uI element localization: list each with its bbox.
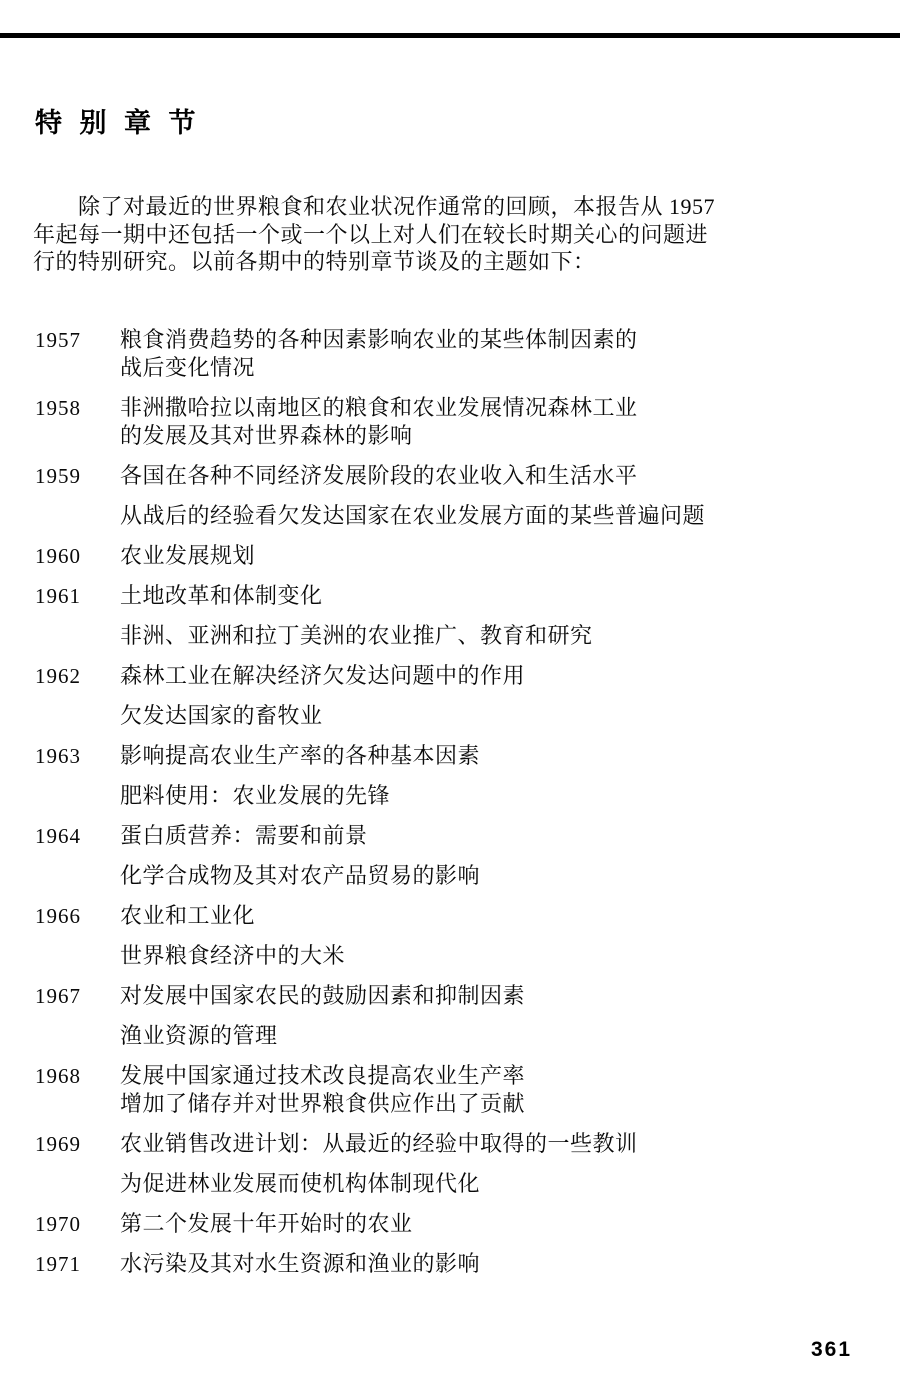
entry-title: 土地改革和体制变化 [120,582,835,610]
page-title: 特 别 章 节 [35,108,201,138]
entry-year: 1969 [35,1130,120,1158]
entry-title-line: 为促进林业发展而使机构体制现代化 [120,1170,835,1198]
entry-title: 第二个发展十年开始时的农业 [120,1210,835,1238]
list-item: 1966 农业和工业化 [35,902,835,930]
entry-title-line: 粮食消费趋势的各种因素影响农业的某些体制因素的 [120,326,835,354]
intro-line: 年起每一期中还包括一个或一个以上对人们在较长时期关心的问题进 [33,221,753,249]
entry-year: 1967 [35,982,120,1010]
entry-title-line: 蛋白质营养：需要和前景 [120,822,835,850]
list-item: 1961 土地改革和体制变化 [35,582,835,610]
entry-title-line: 土地改革和体制变化 [120,582,835,610]
entry-title: 欠发达国家的畜牧业 [120,702,835,730]
entry-title: 农业销售改进计划：从最近的经验中取得的一些教训 [120,1130,835,1158]
entry-title: 农业和工业化 [120,902,835,930]
entry-title-line: 非洲撒哈拉以南地区的粮食和农业发展情况森林工业 [120,394,835,422]
entry-title: 从战后的经验看欠发达国家在农业发展方面的某些普遍问题 [120,502,835,530]
entry-year: 1962 [35,662,120,690]
entry-title-line: 的发展及其对世界森林的影响 [120,422,835,450]
list-item: 欠发达国家的畜牧业 [35,702,835,730]
special-chapter-list: 1957 粮食消费趋势的各种因素影响农业的某些体制因素的战后变化情况 1958 … [35,326,835,1290]
entry-year: 1958 [35,394,120,422]
intro-line: 除了对最近的世界粮食和农业状况作通常的回顾，本报告从 1957 [33,193,753,221]
entry-title-line: 影响提高农业生产率的各种基本因素 [120,742,835,770]
document-page: 特 别 章 节 除了对最近的世界粮食和农业状况作通常的回顾，本报告从 1957年… [0,0,900,1400]
entry-year: 1964 [35,822,120,850]
entry-title-line: 世界粮食经济中的大米 [120,942,835,970]
entry-title-line: 从战后的经验看欠发达国家在农业发展方面的某些普遍问题 [120,502,835,530]
entry-title-line: 农业销售改进计划：从最近的经验中取得的一些教训 [120,1130,835,1158]
list-item: 1962 森林工业在解决经济欠发达问题中的作用 [35,662,835,690]
entry-year: 1966 [35,902,120,930]
entry-title-line: 化学合成物及其对农产品贸易的影响 [120,862,835,890]
entry-year: 1971 [35,1250,120,1278]
entry-title: 粮食消费趋势的各种因素影响农业的某些体制因素的战后变化情况 [120,326,835,382]
entry-title-line: 各国在各种不同经济发展阶段的农业收入和生活水平 [120,462,835,490]
list-item: 1969 农业销售改进计划：从最近的经验中取得的一些教训 [35,1130,835,1158]
list-item: 1964 蛋白质营养：需要和前景 [35,822,835,850]
list-item: 1963 影响提高农业生产率的各种基本因素 [35,742,835,770]
entry-title-line: 水污染及其对水生资源和渔业的影响 [120,1250,835,1278]
entry-year: 1959 [35,462,120,490]
entry-title: 各国在各种不同经济发展阶段的农业收入和生活水平 [120,462,835,490]
entry-title-line: 森林工业在解决经济欠发达问题中的作用 [120,662,835,690]
entry-title: 水污染及其对水生资源和渔业的影响 [120,1250,835,1278]
list-item: 1960 农业发展规划 [35,542,835,570]
entry-title: 渔业资源的管理 [120,1022,835,1050]
entry-title: 世界粮食经济中的大米 [120,942,835,970]
entry-title: 对发展中国家农民的鼓励因素和抑制因素 [120,982,835,1010]
entry-year: 1957 [35,326,120,354]
entry-title: 为促进林业发展而使机构体制现代化 [120,1170,835,1198]
entry-title-line: 渔业资源的管理 [120,1022,835,1050]
list-item: 1957 粮食消费趋势的各种因素影响农业的某些体制因素的战后变化情况 [35,326,835,382]
entry-title: 农业发展规划 [120,542,835,570]
list-item: 1968 发展中国家通过技术改良提高农业生产率增加了储存并对世界粮食供应作出了贡… [35,1062,835,1118]
list-item: 非洲、亚洲和拉丁美洲的农业推广、教育和研究 [35,622,835,650]
entry-year: 1968 [35,1062,120,1090]
entry-title: 蛋白质营养：需要和前景 [120,822,835,850]
list-item: 从战后的经验看欠发达国家在农业发展方面的某些普遍问题 [35,502,835,530]
entry-year: 1970 [35,1210,120,1238]
top-rule [0,33,900,38]
entry-title: 森林工业在解决经济欠发达问题中的作用 [120,662,835,690]
entry-year: 1961 [35,582,120,610]
entry-year: 1960 [35,542,120,570]
entry-title-line: 增加了储存并对世界粮食供应作出了贡献 [120,1090,835,1118]
page-number: 361 [811,1338,852,1362]
entry-year: 1963 [35,742,120,770]
list-item: 为促进林业发展而使机构体制现代化 [35,1170,835,1198]
list-item: 1970 第二个发展十年开始时的农业 [35,1210,835,1238]
entry-title: 发展中国家通过技术改良提高农业生产率增加了储存并对世界粮食供应作出了贡献 [120,1062,835,1118]
list-item: 1959 各国在各种不同经济发展阶段的农业收入和生活水平 [35,462,835,490]
entry-title-line: 第二个发展十年开始时的农业 [120,1210,835,1238]
entry-title-line: 欠发达国家的畜牧业 [120,702,835,730]
intro-paragraph: 除了对最近的世界粮食和农业状况作通常的回顾，本报告从 1957年起每一期中还包括… [33,193,753,276]
list-item: 渔业资源的管理 [35,1022,835,1050]
entry-title: 非洲、亚洲和拉丁美洲的农业推广、教育和研究 [120,622,835,650]
list-item: 1971 水污染及其对水生资源和渔业的影响 [35,1250,835,1278]
intro-line: 行的特别研究。以前各期中的特别章节谈及的主题如下： [33,248,753,276]
entry-title: 肥料使用：农业发展的先锋 [120,782,835,810]
list-item: 肥料使用：农业发展的先锋 [35,782,835,810]
entry-title: 非洲撒哈拉以南地区的粮食和农业发展情况森林工业的发展及其对世界森林的影响 [120,394,835,450]
entry-title: 影响提高农业生产率的各种基本因素 [120,742,835,770]
entry-title-line: 农业和工业化 [120,902,835,930]
entry-title-line: 战后变化情况 [120,354,835,382]
list-item: 世界粮食经济中的大米 [35,942,835,970]
list-item: 化学合成物及其对农产品贸易的影响 [35,862,835,890]
entry-title-line: 发展中国家通过技术改良提高农业生产率 [120,1062,835,1090]
entry-title-line: 对发展中国家农民的鼓励因素和抑制因素 [120,982,835,1010]
entry-title-line: 非洲、亚洲和拉丁美洲的农业推广、教育和研究 [120,622,835,650]
entry-title: 化学合成物及其对农产品贸易的影响 [120,862,835,890]
list-item: 1958 非洲撒哈拉以南地区的粮食和农业发展情况森林工业的发展及其对世界森林的影… [35,394,835,450]
entry-title-line: 农业发展规划 [120,542,835,570]
entry-title-line: 肥料使用：农业发展的先锋 [120,782,835,810]
list-item: 1967 对发展中国家农民的鼓励因素和抑制因素 [35,982,835,1010]
